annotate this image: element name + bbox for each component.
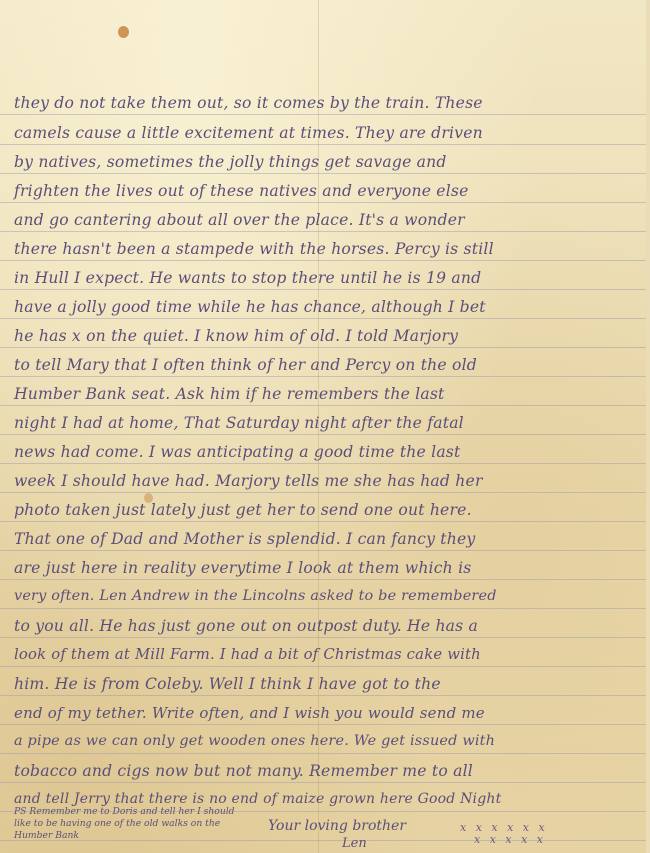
letter-line: are just here in reality everytime I loo… (14, 559, 471, 577)
letter-line: him. He is from Coleby. Well I think I h… (14, 675, 441, 693)
letter-line: end of my tether. Write often, and I wis… (14, 704, 485, 722)
letter-line: there hasn't been a stampede with the ho… (14, 240, 494, 258)
letter-page: they do not take them out, so it comes b… (0, 0, 646, 853)
letter-line: Humber Bank seat. Ask him if he remember… (14, 385, 445, 403)
letter-line: by natives, sometimes the jolly things g… (14, 153, 447, 171)
letter-line: to you all. He has just gone out on outp… (14, 617, 478, 635)
letter-line: That one of Dad and Mother is splendid. … (14, 530, 475, 548)
letter-line: look of them at Mill Farm. I had a bit o… (14, 646, 481, 663)
postscript-note: PS Remember me to Doris and tell her I s… (14, 806, 254, 842)
letter-line: news had come. I was anticipating a good… (14, 443, 460, 461)
letter-line: photo taken just lately just get her to … (14, 501, 472, 519)
letter-line: have a jolly good time while he has chan… (14, 298, 486, 316)
letter-line: a pipe as we can only get wooden ones he… (14, 733, 495, 749)
kisses-row-2: x x x x x (460, 834, 548, 846)
closing-salutation: Your loving brother (268, 818, 406, 834)
letter-line: they do not take them out, so it comes b… (14, 94, 483, 112)
letter-line: in Hull I expect. He wants to stop there… (14, 269, 481, 287)
letter-line: to tell Mary that I often think of her a… (14, 356, 477, 374)
letter-line: tobacco and cigs now but not many. Remem… (14, 762, 473, 780)
letter-line: he has x on the quiet. I know him of old… (14, 327, 458, 345)
letter-line: camels cause a little excitement at time… (14, 124, 483, 142)
signature: Len (342, 836, 367, 851)
letter-line: and tell Jerry that there is no end of m… (14, 791, 501, 807)
letter-line: frighten the lives out of these natives … (14, 182, 469, 200)
kisses-marks: x x x x x x x x x x x (460, 822, 548, 846)
letter-body: they do not take them out, so it comes b… (0, 0, 646, 853)
letter-line: and go cantering about all over the plac… (14, 211, 465, 229)
letter-line: very often. Len Andrew in the Lincolns a… (14, 588, 497, 604)
letter-line: night I had at home, That Saturday night… (14, 414, 464, 432)
letter-line: week I should have had. Marjory tells me… (14, 472, 483, 490)
